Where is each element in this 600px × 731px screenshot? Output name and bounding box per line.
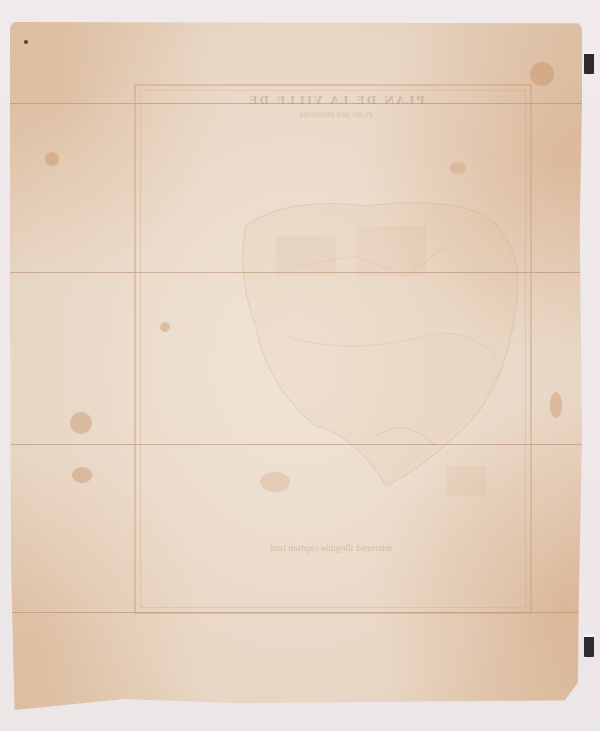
foxing-spot (70, 412, 92, 434)
foxing-spot (45, 152, 59, 166)
foxing-spot (72, 467, 92, 483)
mirrored-map-title: PLAN DE LA VILLE DE (156, 94, 516, 107)
paper-sheet: PLAN DE LA VILLE DE et de ses environs m… (10, 22, 582, 710)
foxing-spot (160, 322, 170, 332)
ink-dot (24, 40, 28, 44)
scanner-clip-top (584, 51, 594, 74)
foxing-spot (550, 392, 562, 418)
foxing-spot (450, 162, 466, 174)
mirrored-map-subtitle: et de ses environs (196, 110, 476, 119)
foxing-spot (530, 62, 554, 86)
map-border-show-through: PLAN DE LA VILLE DE et de ses environs m… (134, 84, 532, 614)
scanner-clip-bottom (584, 634, 594, 657)
mirrored-caption: mirrored illegible caption text (146, 544, 516, 553)
foxing-spot (260, 472, 290, 492)
